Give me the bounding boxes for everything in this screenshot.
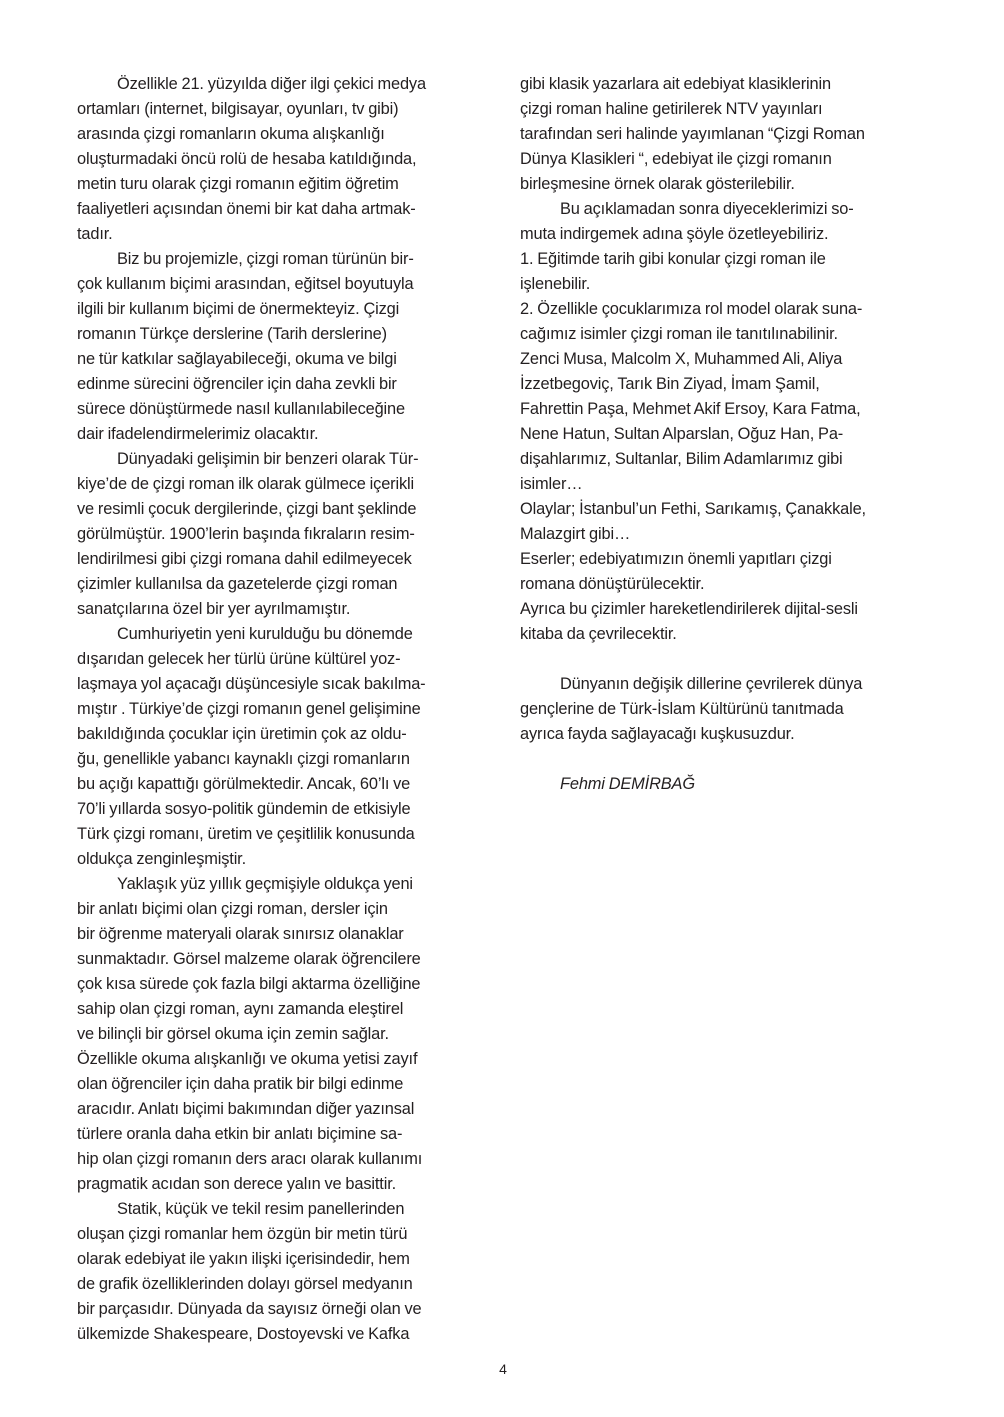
right-text-column: gibi klasik yazarlara ait edebiyat klasi… bbox=[520, 72, 932, 797]
text-line: dair ifadelendirmelerimiz olacaktır. bbox=[77, 422, 489, 447]
author-signature: Fehmi DEMİRBAĞ bbox=[520, 772, 932, 797]
text-line: isimler… bbox=[520, 472, 932, 497]
text-line: oluşturmadaki öncü rolü de hesaba katıld… bbox=[77, 147, 489, 172]
text-line: çizimler kullanılsa da gazetelerde çizgi… bbox=[77, 572, 489, 597]
text-line: birleşmesine örnek olarak gösterilebilir… bbox=[520, 172, 932, 197]
text-line: Dünya Klasikleri “, edebiyat ile çizgi r… bbox=[520, 147, 932, 172]
text-line: çok kısa sürede çok fazla bilgi aktarma … bbox=[77, 972, 489, 997]
text-line: oldukça zenginleşmiştir. bbox=[77, 847, 489, 872]
text-line: 1. Eğitimde tarih gibi konular çizgi rom… bbox=[520, 247, 932, 272]
text-line: bir parçasıdır. Dünyada da sayısız örneğ… bbox=[77, 1297, 489, 1322]
text-line: Dünyadaki gelişimin bir benzeri olarak T… bbox=[77, 447, 489, 472]
text-line: işlenebilir. bbox=[520, 272, 932, 297]
text-line: mıştır . Türkiye’de çizgi romanın genel … bbox=[77, 697, 489, 722]
text-line: Zenci Musa, Malcolm X, Muhammed Ali, Ali… bbox=[520, 347, 932, 372]
text-line: ne tür katkılar sağlayabileceği, okuma v… bbox=[77, 347, 489, 372]
text-line: Dünyanın değişik dillerine çevrilerek dü… bbox=[520, 672, 932, 697]
text-line: çok kullanım biçimi arasından, eğitsel b… bbox=[77, 272, 489, 297]
text-line: muta indirgemek adına şöyle özetleyebili… bbox=[520, 222, 932, 247]
text-line: kiye’de de çizgi roman ilk olarak gülmec… bbox=[77, 472, 489, 497]
text-line: Bu açıklamadan sonra diyeceklerimizi so- bbox=[520, 197, 932, 222]
text-line: bir anlatı biçimi olan çizgi roman, ders… bbox=[77, 897, 489, 922]
text-line: Türk çizgi romanı, üretim ve çeşitlilik … bbox=[77, 822, 489, 847]
text-line: Nene Hatun, Sultan Alparslan, Oğuz Han, … bbox=[520, 422, 932, 447]
text-line: tadır. bbox=[77, 222, 489, 247]
text-line: sanatçılarına özel bir yer ayrılmamıştır… bbox=[77, 597, 489, 622]
text-line: 2. Özellikle çocuklarımıza rol model ola… bbox=[520, 297, 932, 322]
text-line: bu açığı kapattığı görülmektedir. Ancak,… bbox=[77, 772, 489, 797]
text-line: Statik, küçük ve tekil resim panellerind… bbox=[77, 1197, 489, 1222]
text-line: Cumhuriyetin yeni kurulduğu bu dönemde bbox=[77, 622, 489, 647]
text-line: ve resimli çocuk dergilerinde, çizgi ban… bbox=[77, 497, 489, 522]
text-line: ilgili bir kullanım biçimi de önermektey… bbox=[77, 297, 489, 322]
text-line: romanın Türkçe derslerine (Tarih dersler… bbox=[77, 322, 489, 347]
text-line: görülmüştür. 1900’lerin başında fıkralar… bbox=[77, 522, 489, 547]
text-line: Malazgirt gibi… bbox=[520, 522, 932, 547]
text-line: sahip olan çizgi roman, aynı zamanda ele… bbox=[77, 997, 489, 1022]
left-text-column: Özellikle 21. yüzyılda diğer ilgi çekici… bbox=[77, 72, 489, 1347]
page-number: 4 bbox=[496, 1360, 510, 1378]
text-line: çizgi roman haline getirilerek NTV yayın… bbox=[520, 97, 932, 122]
document-page: Özellikle 21. yüzyılda diğer ilgi çekici… bbox=[0, 0, 1004, 1417]
text-line: olan öğrenciler için daha pratik bir bil… bbox=[77, 1072, 489, 1097]
text-line: gibi klasik yazarlara ait edebiyat klasi… bbox=[520, 72, 932, 97]
text-line: pragmatik acıdan son derece yalın ve bas… bbox=[77, 1172, 489, 1197]
text-line: sürece dönüştürmede nasıl kullanılabilec… bbox=[77, 397, 489, 422]
text-line: Eserler; edebiyatımızın önemli yapıtları… bbox=[520, 547, 932, 572]
text-line: bakıldığında çocuklar için üretimin çok … bbox=[77, 722, 489, 747]
text-line: faaliyetleri açısından önemi bir kat dah… bbox=[77, 197, 489, 222]
text-line: ayrıca fayda sağlayacağı kuşkusuzdur. bbox=[520, 722, 932, 747]
text-line: İzzetbegoviç, Tarık Bin Ziyad, İmam Şami… bbox=[520, 372, 932, 397]
text-line: Özellikle 21. yüzyılda diğer ilgi çekici… bbox=[77, 72, 489, 97]
text-line: ortamları (internet, bilgisayar, oyunlar… bbox=[77, 97, 489, 122]
text-line: 70’li yıllarda sosyo-politik gündemin de… bbox=[77, 797, 489, 822]
text-line: türlere oranla daha etkin bir anlatı biç… bbox=[77, 1122, 489, 1147]
text-line: hip olan çizgi romanın ders aracı olarak… bbox=[77, 1147, 489, 1172]
text-line: ve bilinçli bir görsel okuma için zemin … bbox=[77, 1022, 489, 1047]
text-line: cağımız isimler çizgi roman ile tanıtılı… bbox=[520, 322, 932, 347]
text-line: arasında çizgi romanların okuma alışkanl… bbox=[77, 122, 489, 147]
text-line: de grafik özelliklerinden dolayı görsel … bbox=[77, 1272, 489, 1297]
text-line: metin turu olarak çizgi romanın eğitim ö… bbox=[77, 172, 489, 197]
text-line: laşmaya yol açacağı düşüncesiyle sıcak b… bbox=[77, 672, 489, 697]
text-line: Yaklaşık yüz yıllık geçmişiyle oldukça y… bbox=[77, 872, 489, 897]
text-line: Biz bu projemizle, çizgi roman türünün b… bbox=[77, 247, 489, 272]
text-line: ğu, genellikle yabancı kaynaklı çizgi ro… bbox=[77, 747, 489, 772]
text-line: dişahlarımız, Sultanlar, Bilim Adamlarım… bbox=[520, 447, 932, 472]
text-line: dışarıdan gelecek her türlü ürüne kültür… bbox=[77, 647, 489, 672]
text-line: Özellikle okuma alışkanlığı ve okuma yet… bbox=[77, 1047, 489, 1072]
text-line: lendirilmesi gibi çizgi romana dahil edi… bbox=[77, 547, 489, 572]
text-line: Fahrettin Paşa, Mehmet Akif Ersoy, Kara … bbox=[520, 397, 932, 422]
text-line: Ayrıca bu çizimler hareketlendirilerek d… bbox=[520, 597, 932, 622]
blank-line bbox=[520, 647, 932, 672]
text-line: gençlerine de Türk-İslam Kültürünü tanıt… bbox=[520, 697, 932, 722]
text-line: romana dönüştürülecektir. bbox=[520, 572, 932, 597]
text-line: aracıdır. Anlatı biçimi bakımından diğer… bbox=[77, 1097, 489, 1122]
text-line: edinme sürecini öğrenciler için daha zev… bbox=[77, 372, 489, 397]
text-line: bir öğrenme materyali olarak sınırsız ol… bbox=[77, 922, 489, 947]
blank-line bbox=[520, 747, 932, 772]
text-line: Olaylar; İstanbul’un Fethi, Sarıkamış, Ç… bbox=[520, 497, 932, 522]
text-line: ülkemizde Shakespeare, Dostoyevski ve Ka… bbox=[77, 1322, 489, 1347]
text-line: sunmaktadır. Görsel malzeme olarak öğren… bbox=[77, 947, 489, 972]
text-line: olarak edebiyat ile yakın ilişki içerisi… bbox=[77, 1247, 489, 1272]
text-line: oluşan çizgi romanlar hem özgün bir meti… bbox=[77, 1222, 489, 1247]
text-line: tarafından seri halinde yayımlanan “Çizg… bbox=[520, 122, 932, 147]
text-line: kitaba da çevrilecektir. bbox=[520, 622, 932, 647]
